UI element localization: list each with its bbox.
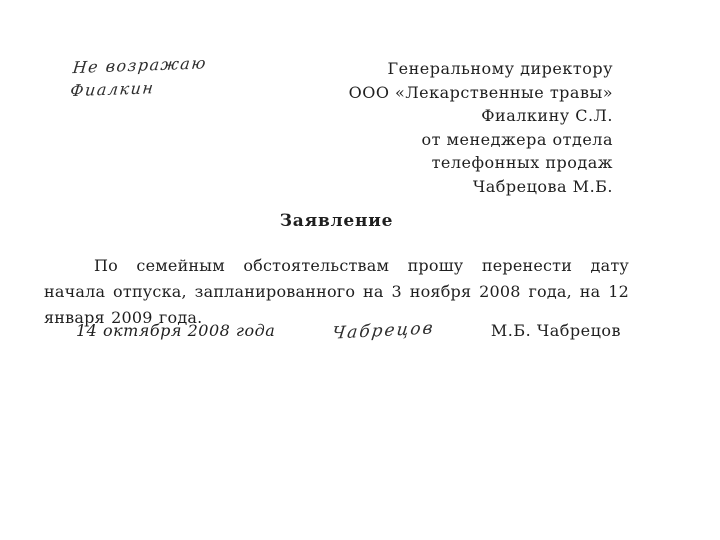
addressee-line-from-role: от менеджера отдела xyxy=(349,128,613,152)
addressee-line-company: ООО «Лекарственные травы» xyxy=(349,81,613,105)
addressee-line-author: Чабрецова М.Б. xyxy=(349,175,613,199)
addressee-line-position: Генеральному директору xyxy=(349,57,613,81)
addressee-line-director-name: Фиалкину С.Л. xyxy=(349,104,613,128)
handwritten-signature: Чабрецов xyxy=(331,318,436,344)
body-paragraph: По семейным обстоятельствам прошу перене… xyxy=(44,253,629,331)
author-name: М.Б. Чабрецов xyxy=(491,321,621,340)
resolution-text: Не возражаю xyxy=(72,51,209,79)
resolution-signature: Фиалкин xyxy=(69,74,206,102)
date-text: 14 октября 2008 года xyxy=(76,321,275,340)
addressee-block: Генеральному директору ООО «Лекарственны… xyxy=(349,57,613,198)
handwritten-resolution: Не возражаю Фиалкин xyxy=(69,51,208,102)
addressee-line-from-department: телефонных продаж xyxy=(349,151,613,175)
application-letter-page: Не возражаю Фиалкин Генеральному директо… xyxy=(0,0,720,540)
signature-row: 14 октября 2008 года Чабрецов М.Б. Чабре… xyxy=(44,321,629,341)
document-title: Заявление xyxy=(44,211,629,231)
